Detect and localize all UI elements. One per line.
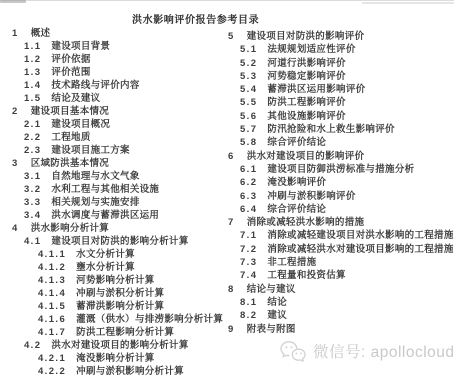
toc-entry-label: 蓄滞洪区运用影响评价	[267, 83, 365, 96]
toc-entry: 1.1建设项目背景	[10, 40, 228, 53]
toc-entry-label: 建设项目对防洪的影响分析计算	[51, 235, 188, 248]
toc-entry: 9附表与附图	[226, 323, 454, 336]
toc-entry-number: 4.2.2	[38, 365, 66, 375]
toc-entry-number: 4.1.7	[38, 326, 66, 339]
toc-entry-number: 3.1	[24, 170, 41, 183]
wechat-icon	[280, 340, 307, 362]
toc-entry-number: 6.1	[240, 163, 257, 176]
toc-entry: 3.1自然地理与水文气象	[10, 170, 228, 183]
toc-entry-label: 壅水分析计算	[76, 261, 135, 274]
toc-entry-number: 8.1	[240, 296, 257, 309]
toc-entry-label: 洪水影响分析计算	[31, 222, 109, 235]
toc-entry-number: 4.1.1	[38, 248, 66, 261]
toc-entry-number: 1.1	[24, 40, 41, 53]
toc-entry-label: 工程量和投资估算	[267, 269, 345, 282]
toc-entry-number: 5.1	[240, 43, 257, 56]
toc-entry: 8.2建议	[226, 309, 454, 322]
toc-entry-label: 建设项目防御洪涝标准与措施分析	[267, 163, 414, 176]
toc-entry: 2.1建设项目概况	[10, 118, 228, 131]
toc-entry-label: 结论与建议	[247, 283, 296, 296]
toc-entry-label: 相关规划与实施安排	[51, 196, 139, 209]
toc-entry-number: 2.1	[24, 118, 41, 131]
toc-entry-label: 评价范围	[51, 66, 90, 79]
scan-artifact-smudge-left	[0, 0, 26, 3]
toc-entry: 8结论与建议	[226, 283, 454, 296]
toc-entry: 4.1.7防洪工程影响分析计算	[10, 326, 228, 339]
toc-entry: 1.5结论及建议	[10, 92, 228, 105]
toc-entry-number: 5.2	[240, 57, 257, 70]
toc-entry-label: 冲刷与淤积影响分析计算	[76, 365, 184, 375]
toc-entry-label: 建议	[267, 309, 287, 322]
toc-entry: 2.2工程地质	[10, 131, 228, 144]
toc-entry: 4洪水影响分析计算	[10, 222, 228, 235]
toc-entry-number: 4.1.5	[38, 300, 66, 313]
toc-entry-number: 4.1	[24, 235, 41, 248]
toc-entry-label: 防汛抢险和水上救生影响评价	[267, 123, 394, 136]
toc-entry-label: 消除或减轻洪水对建设项目影响的工程措施	[267, 243, 453, 256]
toc-entry-number: 7.2	[240, 243, 257, 256]
toc-entry-label: 消除或减轻洪水影响的措施	[247, 216, 365, 229]
toc-entry: 4.1.6灌溉（供水）与排涝影响分析计算	[10, 313, 228, 326]
toc-entry: 1.2评价依据	[10, 53, 228, 66]
page-title: 洪水影响评价报告参考目录	[132, 11, 259, 26]
toc-column-left: 1概述1.1建设项目背景1.2评价依据1.3评价范围1.4技术路线与评价内容1.…	[10, 27, 228, 375]
toc-entry: 5.1法规规划适应性评价	[226, 43, 454, 56]
toc-entry-number: 5.8	[240, 136, 257, 149]
toc-entry: 7消除或减轻洪水影响的措施	[226, 216, 454, 229]
toc-entry-number: 4.2	[24, 339, 41, 352]
toc-entry: 4.1.4冲刷与淤积分析计算	[10, 287, 228, 300]
toc-entry: 4.1.5蓄滞洪影响分析计算	[10, 300, 228, 313]
toc-entry-label: 河道行洪影响评价	[267, 57, 345, 70]
watermark-text: 微信号: apollocloud	[313, 340, 454, 362]
toc-entry-number: 5.5	[240, 96, 257, 109]
toc-entry-label: 评价依据	[51, 53, 90, 66]
toc-entry-number: 4.1.3	[38, 274, 66, 287]
toc-entry-number: 7.4	[240, 269, 257, 282]
toc-entry: 5.3河势稳定影响评价	[226, 70, 454, 83]
toc-entry: 8.1结论	[226, 296, 454, 309]
toc-entry-number: 3	[12, 157, 19, 170]
toc-entry-label: 河势稳定影响评价	[267, 70, 345, 83]
toc-entry: 3区域防洪基本情况	[10, 157, 228, 170]
toc-entry-number: 3.3	[24, 196, 41, 209]
toc-entry: 5.5防洪工程影响评价	[226, 96, 454, 109]
toc-entry-number: 9	[228, 323, 235, 336]
toc-entry-label: 洪水对建设项目的影响分析计算	[51, 339, 188, 352]
toc-entry-number: 6	[228, 150, 235, 163]
toc-entry: 5.7防汛抢险和水上救生影响评价	[226, 123, 454, 136]
toc-entry-label: 自然地理与水文气象	[51, 170, 139, 183]
toc-entry: 5.6其他设施影响评价	[226, 110, 454, 123]
toc-entry: 4.1.2壅水分析计算	[10, 261, 228, 274]
toc-entry-label: 非工程措施	[267, 256, 316, 269]
scan-artifact-top-line	[0, 0, 454, 1]
toc-entry: 5.2河道行洪影响评价	[226, 57, 454, 70]
toc-entry-number: 7	[228, 216, 235, 229]
toc-entry: 4.2.2冲刷与淤积影响分析计算	[10, 365, 228, 375]
toc-entry-number: 4.2.1	[38, 352, 66, 365]
toc-entry-number: 2.3	[24, 144, 41, 157]
toc-entry: 6洪水对建设项目的影响评价	[226, 150, 454, 163]
toc-entry-number: 1.2	[24, 53, 41, 66]
toc-entry-label: 综合评价结论	[267, 136, 326, 149]
toc-entry-label: 结论及建议	[51, 92, 100, 105]
toc-entry-label: 水利工程与其他相关设施	[51, 183, 159, 196]
toc-entry: 7.1消除或减轻建设项目对洪水影响的工程措施	[226, 229, 454, 242]
toc-entry: 2.3建设项目施工方案	[10, 144, 228, 157]
toc-entry: 4.1.1水文分析计算	[10, 248, 228, 261]
toc-entry: 6.1建设项目防御洪涝标准与措施分析	[226, 163, 454, 176]
toc-entry: 4.1建设项目对防洪的影响分析计算	[10, 235, 228, 248]
toc-entry: 6.2淹没影响评价	[226, 176, 454, 189]
toc-entry-label: 概述	[31, 27, 51, 40]
toc-entry-label: 区域防洪基本情况	[31, 157, 109, 170]
toc-entry-label: 附表与附图	[247, 323, 296, 336]
toc-entry: 3.2水利工程与其他相关设施	[10, 183, 228, 196]
scan-artifact-smudge-right	[362, 2, 454, 4]
toc-entry-number: 8.2	[240, 309, 257, 322]
toc-entry-label: 建设项目背景	[51, 40, 110, 53]
toc-entry: 1.4技术路线与评价内容	[10, 79, 228, 92]
toc-entry-number: 6.3	[240, 190, 257, 203]
toc-entry-number: 1.5	[24, 92, 41, 105]
toc-entry-label: 结论	[267, 296, 287, 309]
toc-entry-label: 河势影响分析计算	[76, 274, 154, 287]
toc-entry: 2建设项目基本情况	[10, 105, 228, 118]
toc-entry-number: 4	[12, 222, 19, 235]
toc-entry: 3.4洪水调度与蓄滞洪区运用	[10, 209, 228, 222]
toc-entry: 5建设项目对防洪的影响评价	[226, 30, 454, 43]
toc-entry-number: 3.4	[24, 209, 41, 222]
toc-entry-number: 7.1	[240, 229, 257, 242]
toc-entry: 1.3评价范围	[10, 66, 228, 79]
toc-entry: 5.8综合评价结论	[226, 136, 454, 149]
toc-entry-number: 6.4	[240, 203, 257, 216]
toc-entry: 7.4工程量和投资估算	[226, 269, 454, 282]
toc-entry-label: 建设项目对防洪的影响评价	[247, 30, 365, 43]
toc-entry-number: 7.3	[240, 256, 257, 269]
toc-entry-number: 8	[228, 283, 235, 296]
toc-entry: 7.2消除或减轻洪水对建设项目影响的工程措施	[226, 243, 454, 256]
toc-entry-label: 消除或减轻建设项目对洪水影响的工程措施	[267, 229, 453, 242]
toc-entry-label: 防洪工程影响分析计算	[76, 326, 174, 339]
toc-entry-number: 5.7	[240, 123, 257, 136]
toc-entry-number: 3.2	[24, 183, 41, 196]
toc-entry-label: 综合评价结论	[267, 203, 326, 216]
toc-entry: 4.2.1淹没影响分析计算	[10, 352, 228, 365]
toc-entry-number: 2.2	[24, 131, 41, 144]
toc-entry-number: 5.6	[240, 110, 257, 123]
toc-entry-label: 建设项目基本情况	[31, 105, 109, 118]
toc-entry-label: 淹没影响评价	[267, 176, 326, 189]
toc-entry-label: 法规规划适应性评价	[267, 43, 355, 56]
toc-entry-label: 冲刷与淤积分析计算	[76, 287, 164, 300]
toc-entry: 4.1.3河势影响分析计算	[10, 274, 228, 287]
toc-entry-label: 工程地质	[51, 131, 90, 144]
toc-entry: 7.3非工程措施	[226, 256, 454, 269]
toc-entry-label: 洪水调度与蓄滞洪区运用	[51, 209, 159, 222]
toc-entry-number: 4.1.6	[38, 313, 66, 326]
toc-entry-label: 防洪工程影响评价	[267, 96, 345, 109]
toc-entry-label: 洪水对建设项目的影响评价	[247, 150, 365, 163]
toc-entry-number: 4.1.4	[38, 287, 66, 300]
toc-entry-label: 建设项目概况	[51, 118, 110, 131]
toc-entry-number: 1.3	[24, 66, 41, 79]
toc-entry-number: 5.3	[240, 70, 257, 83]
watermark: 微信号: apollocloud	[280, 340, 454, 362]
toc-entry-label: 其他设施影响评价	[267, 110, 345, 123]
toc-entry-number: 4.1.2	[38, 261, 66, 274]
document-page: 洪水影响评价报告参考目录 1概述1.1建设项目背景1.2评价依据1.3评价范围1…	[0, 0, 454, 375]
toc-entry-number: 5.4	[240, 83, 257, 96]
toc-entry-label: 淹没影响分析计算	[76, 352, 154, 365]
toc-entry-number: 1.4	[24, 79, 41, 92]
toc-entry: 1概述	[10, 27, 228, 40]
toc-entry: 6.4综合评价结论	[226, 203, 454, 216]
toc-entry: 6.3冲刷与淤积影响评价	[226, 190, 454, 203]
toc-entry-number: 5	[228, 30, 235, 43]
toc-entry-number: 1	[12, 27, 19, 40]
toc-entry: 5.4蓄滞洪区运用影响评价	[226, 83, 454, 96]
toc-entry-number: 2	[12, 105, 19, 118]
toc-entry-label: 技术路线与评价内容	[51, 79, 139, 92]
toc-entry-label: 冲刷与淤积影响评价	[267, 190, 355, 203]
toc-entry-label: 建设项目施工方案	[51, 144, 129, 157]
toc-entry: 3.3相关规划与实施安排	[10, 196, 228, 209]
toc-entry-label: 水文分析计算	[76, 248, 135, 261]
toc-entry-number: 6.2	[240, 176, 257, 189]
toc-column-right: 5建设项目对防洪的影响评价5.1法规规划适应性评价5.2河道行洪影响评价5.3河…	[226, 30, 454, 336]
toc-entry-label: 灌溉（供水）与排涝影响分析计算	[76, 313, 223, 326]
toc-entry-label: 蓄滞洪影响分析计算	[76, 300, 164, 313]
toc-entry: 4.2洪水对建设项目的影响分析计算	[10, 339, 228, 352]
